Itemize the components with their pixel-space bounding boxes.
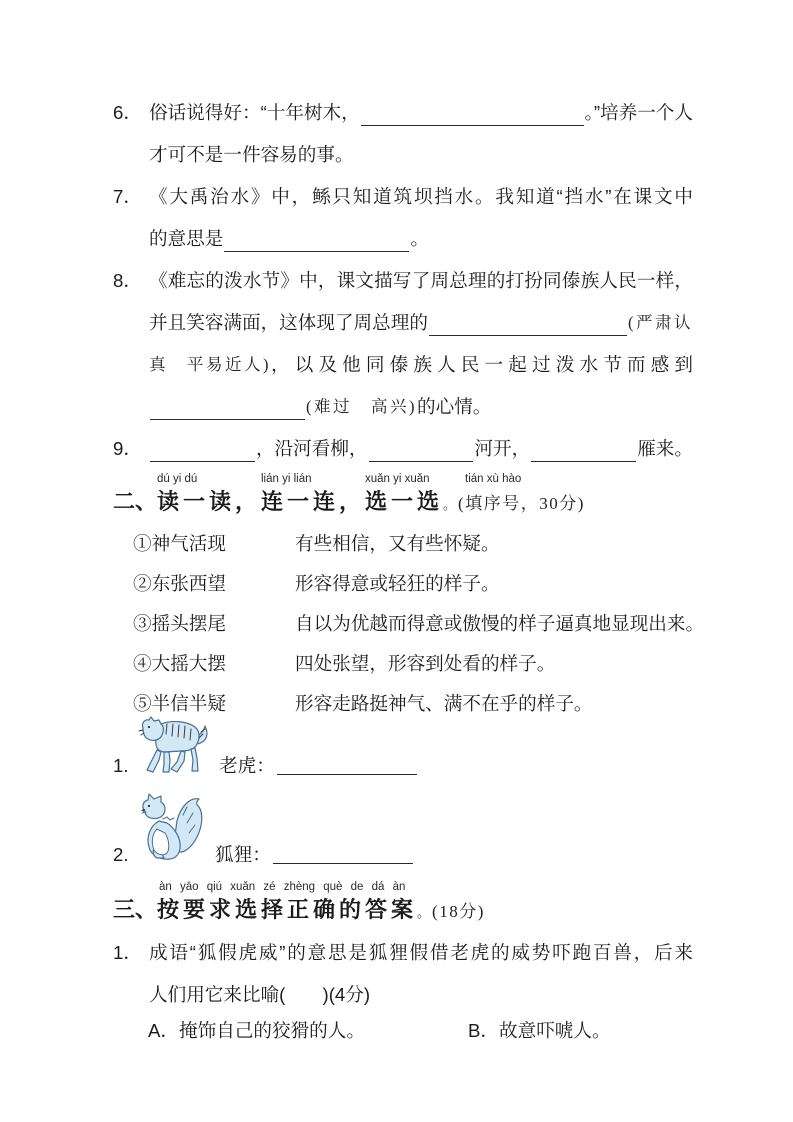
answer-blank xyxy=(531,449,636,462)
section2-title-line: 二、 读一读，连一连，选一选 。 (填序号，30分) xyxy=(113,487,693,520)
idiom-label: ①神气活现 xyxy=(133,532,295,556)
text-run: 才可不是一件容易的事。 xyxy=(149,134,354,176)
section-period: 。 xyxy=(417,898,430,928)
definition-text: 有些相信，又有些怀疑。 xyxy=(295,532,500,556)
kai-text-run: (严肃认 xyxy=(628,302,693,344)
text-line: ，沿河看柳，河开，雁来。 xyxy=(149,428,693,470)
pinyin-annotation: tián xù hào xyxy=(465,472,521,487)
question-body: 《大禹治水》中，鲧只知道筑坝挡水。我知道“挡水”在课文中的意思是。 xyxy=(149,176,693,260)
section-score-note: (填序号，30分) xyxy=(458,489,585,519)
match-item-tiger: 1. xyxy=(113,716,693,779)
text-run: 。”培养一个人 xyxy=(585,92,693,134)
idiom-label: ②东张西望 xyxy=(133,572,295,596)
section2-heading: dú yi dú lián yi lián xuǎn yi xuǎn tián … xyxy=(113,472,693,520)
question-block: 6．俗话说得好：“十年树木，。”培养一个人才可不是一件容易的事。 xyxy=(113,92,693,176)
text-line: 《大禹治水》中，鲧只知道筑坝挡水。我知道“挡水”在课文中 xyxy=(149,176,693,218)
worksheet-page: 6．俗话说得好：“十年树木，。”培养一个人才可不是一件容易的事。7．《大禹治水》… xyxy=(0,0,793,1122)
option-label: A． xyxy=(148,1020,179,1041)
question-body: 成语“狐假虎威”的意思是狐狸假借老虎的威势吓跑百兽，后来人们用它来比喻( )(4… xyxy=(149,932,693,1016)
idiom-label: ④大摇大摆 xyxy=(133,652,295,676)
section-number: 二、 xyxy=(113,487,157,517)
definition-text: 形容走路挺神气、满不在乎的样子。 xyxy=(295,692,593,716)
option-text: 故意吓唬人。 xyxy=(499,1020,611,1041)
kai-text-run: (难过 高兴) xyxy=(306,386,417,428)
match-row: ①神气活现有些相信，又有些怀疑。 xyxy=(133,532,693,556)
question-block: 8．《难忘的泼水节》中，课文描写了周总理的打扮同傣族人民一样，并且笑容满面，这体… xyxy=(113,260,693,428)
item-number: 1. xyxy=(113,753,133,779)
match-row: ④大摇大摆四处张望，形容到处看的样子。 xyxy=(133,652,693,676)
text-line: 俗话说得好：“十年树木，。”培养一个人 xyxy=(149,92,693,134)
text-run: ，沿河看柳， xyxy=(256,428,368,470)
answer-blank xyxy=(361,113,584,126)
section-title: 按要求选择正确的答案 xyxy=(157,895,417,925)
section3-pinyin: àn yāo qiú xuǎn zé zhèng què de dá àn xyxy=(159,880,693,895)
text-line: 人们用它来比喻( )(4分) xyxy=(149,974,693,1016)
definition-text: 自以为优越而得意或傲慢的样子逼真地显现出来。 xyxy=(295,612,704,636)
definition-text: 四处张望，形容到处看的样子。 xyxy=(295,652,555,676)
pinyin-annotation: lián yi lián xyxy=(261,472,365,487)
question-body: 俗话说得好：“十年树木，。”培养一个人才可不是一件容易的事。 xyxy=(149,92,693,176)
answer-blank xyxy=(429,323,627,336)
section-number: 三、 xyxy=(113,895,157,925)
definition-text: 形容得意或轻狂的样子。 xyxy=(295,572,500,596)
item-number: 2. xyxy=(113,842,133,868)
mc-question: 1． 成语“狐假虎威”的意思是狐狸假借老虎的威势吓跑百兽，后来人们用它来比喻( … xyxy=(113,932,693,1016)
text-line: 《难忘的泼水节》中，课文描写了周总理的打扮同傣族人民一样， xyxy=(149,260,693,302)
answer-blank xyxy=(224,239,409,252)
text-line: 才可不是一件容易的事。 xyxy=(149,134,693,176)
text-run: 河开， xyxy=(474,428,530,470)
question-number: 1． xyxy=(113,932,149,1016)
section3-title-line: 三、 按要求选择正确的答案 。 (18分) xyxy=(113,895,693,928)
options-row: A．掩饰自己的狡猾的人。 B．故意吓唬人。 xyxy=(148,1018,693,1044)
answer-blank xyxy=(150,449,255,462)
item-label: 老虎： xyxy=(219,753,275,779)
question-number: 8． xyxy=(113,260,149,428)
option-a: A．掩饰自己的狡猾的人。 xyxy=(148,1018,468,1044)
idiom-label: ⑤半信半疑 xyxy=(133,692,295,716)
fox-image xyxy=(137,793,207,868)
tiger-image xyxy=(137,716,211,779)
answer-blank xyxy=(150,407,305,420)
question-block: 9．，沿河看柳，河开，雁来。 xyxy=(113,428,693,470)
option-text: 掩饰自己的狡猾的人。 xyxy=(179,1020,365,1041)
question-block: 7．《大禹治水》中，鲧只知道筑坝挡水。我知道“挡水”在课文中的意思是。 xyxy=(113,176,693,260)
text-line: 成语“狐假虎威”的意思是狐狸假借老虎的威势吓跑百兽，后来 xyxy=(149,932,693,974)
section-period: 。 xyxy=(443,490,456,520)
text-line: 真 平易近人)，以及他同傣族人民一起过泼水节而感到 xyxy=(149,344,693,386)
fill-in-questions: 6．俗话说得好：“十年树木，。”培养一个人才可不是一件容易的事。7．《大禹治水》… xyxy=(113,92,693,470)
answer-blank xyxy=(369,449,474,462)
text-run: 人们用它来比喻( )(4分) xyxy=(149,974,370,1016)
worksheet-content: 6．俗话说得好：“十年树木，。”培养一个人才可不是一件容易的事。7．《大禹治水》… xyxy=(113,92,693,1044)
kai-text-run: 真 平易近人) xyxy=(149,344,271,386)
text-run: 的心情。 xyxy=(417,386,491,428)
pinyin-annotation: dú yi dú xyxy=(157,472,261,487)
text-run: 的意思是 xyxy=(149,218,223,260)
section3-heading: àn yāo qiú xuǎn zé zhèng què de dá àn 三、… xyxy=(113,880,693,928)
text-run: 雁来。 xyxy=(637,428,693,470)
match-row: ②东张西望形容得意或轻狂的样子。 xyxy=(133,572,693,596)
text-line: 的意思是。 xyxy=(149,218,693,260)
question-number: 9． xyxy=(113,428,149,470)
option-label: B． xyxy=(468,1020,499,1041)
item-label: 狐狸： xyxy=(215,842,271,868)
pinyin-annotation: xuǎn yi xuǎn xyxy=(365,472,465,487)
section2-pinyin: dú yi dú lián yi lián xuǎn yi xuǎn tián … xyxy=(157,472,693,487)
question-body: 《难忘的泼水节》中，课文描写了周总理的打扮同傣族人民一样，并且笑容满面，这体现了… xyxy=(149,260,693,428)
question-number: 7． xyxy=(113,176,149,260)
text-run: 成语“狐假虎威”的意思是狐狸假借老虎的威势吓跑百兽，后来 xyxy=(149,932,693,974)
text-run: 俗话说得好：“十年树木， xyxy=(149,92,360,134)
idiom-label: ③摇头摆尾 xyxy=(133,612,295,636)
text-run: 《难忘的泼水节》中，课文描写了周总理的打扮同傣族人民一样， xyxy=(149,260,693,302)
text-run: 。 xyxy=(410,218,429,260)
section-title: 读一读，连一连，选一选 xyxy=(157,487,443,517)
text-run: ，以及他同傣族人民一起过泼水节而感到 xyxy=(271,344,693,386)
section-score-note: (18分) xyxy=(432,897,485,927)
text-line: (难过 高兴)的心情。 xyxy=(149,386,693,428)
match-row: ③摇头摆尾自以为优越而得意或傲慢的样子逼真地显现出来。 xyxy=(133,612,693,636)
answer-blank xyxy=(277,762,417,775)
match-row: ⑤半信半疑形容走路挺神气、满不在乎的样子。 xyxy=(133,692,693,716)
question-number: 6． xyxy=(113,92,149,176)
text-run: 《大禹治水》中，鲧只知道筑坝挡水。我知道“挡水”在课文中 xyxy=(149,176,693,218)
text-line: 并且笑容满面，这体现了周总理的(严肃认 xyxy=(149,302,693,344)
answer-blank xyxy=(273,851,413,864)
text-run: 并且笑容满面，这体现了周总理的 xyxy=(149,302,428,344)
matching-list: ①神气活现有些相信，又有些怀疑。②东张西望形容得意或轻狂的样子。③摇头摆尾自以为… xyxy=(133,532,693,716)
question-body: ，沿河看柳，河开，雁来。 xyxy=(149,428,693,470)
match-item-fox: 2. xyxy=(113,793,693,868)
option-b: B．故意吓唬人。 xyxy=(468,1018,611,1044)
